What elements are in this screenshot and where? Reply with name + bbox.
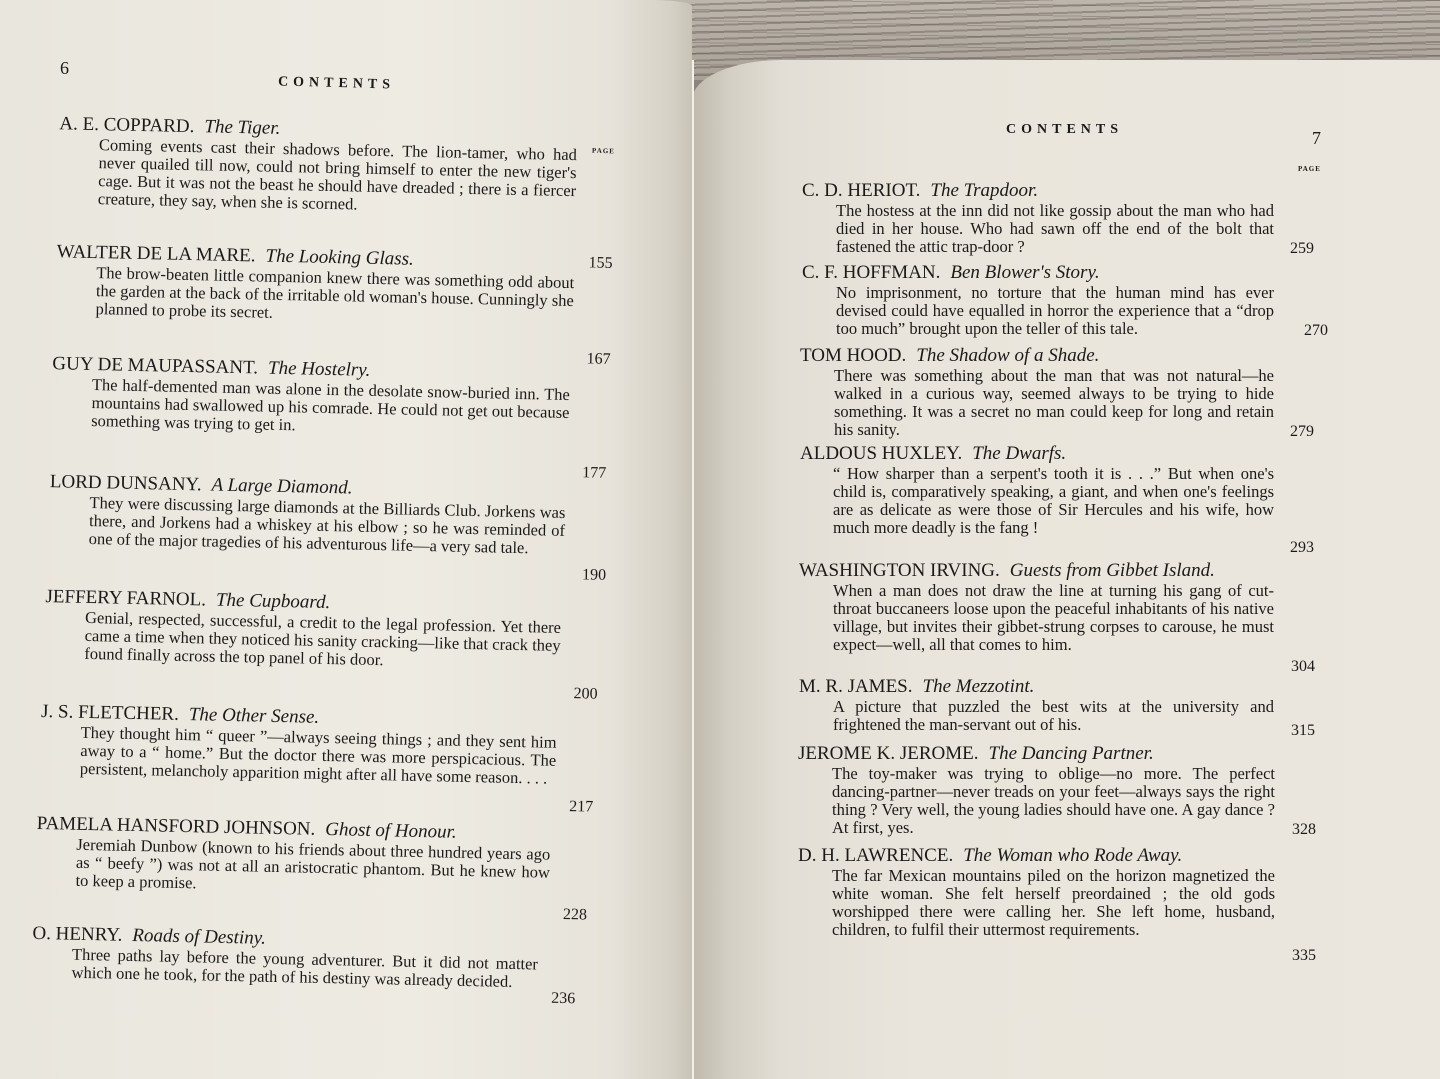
author: WALTER DE LA MARE.	[57, 241, 256, 266]
story-title: Ben Blower's Story.	[950, 262, 1099, 283]
author: C. D. HERIOT.	[802, 180, 920, 201]
page-number: 6	[60, 58, 69, 79]
synopsis: There was something about the man that w…	[834, 367, 1274, 439]
page-ref: 335	[1292, 947, 1316, 965]
synopsis: The far Mexican mountains piled on the h…	[832, 867, 1275, 939]
page-ref: 200	[573, 685, 597, 703]
story-title: The Shadow of a Shade.	[916, 345, 1099, 366]
running-head: CONTENTS	[278, 74, 395, 93]
contents-entry[interactable]: O. HENRY.Roads of Destiny. Three paths l…	[31, 923, 538, 992]
contents-entry[interactable]: JEFFERY FARNOL.The Cupboard. Genial, res…	[44, 586, 561, 673]
page-ref: 155	[588, 254, 612, 272]
synopsis: The hostess at the inn did not like goss…	[836, 202, 1274, 256]
contents-entry[interactable]: WALTER DE LA MARE.The Looking Glass. The…	[55, 241, 574, 328]
story-title: The Dancing Partner.	[989, 743, 1154, 764]
contents-entry[interactable]: GUY DE MAUPASSANT.The Hostelry. The half…	[51, 353, 570, 440]
author: GUY DE MAUPASSANT.	[52, 353, 258, 378]
contents-entry[interactable]: JEROME K. JEROME.The Dancing Partner. Th…	[798, 743, 1275, 837]
page-ref: 190	[582, 566, 606, 584]
author: LORD DUNSANY.	[50, 471, 202, 495]
synopsis: The toy-maker was trying to oblige—no mo…	[832, 765, 1275, 837]
page-ref: 315	[1291, 722, 1315, 740]
contents-entry[interactable]: ALDOUS HUXLEY.The Dwarfs. “ How sharper …	[800, 443, 1274, 537]
story-title: The Cupboard.	[216, 590, 331, 613]
story-title: A Large Diamond.	[211, 475, 352, 499]
author: A. E. COPPARD.	[59, 113, 194, 137]
page-ref: 328	[1292, 821, 1316, 839]
synopsis: “ How sharper than a serpent's tooth it …	[833, 465, 1274, 537]
page-ref: 217	[569, 798, 593, 816]
contents-entry[interactable]: PAMELA HANSFORD JOHNSON.Ghost of Honour.…	[35, 813, 550, 900]
page-ref: 236	[551, 990, 575, 1008]
page-ref: 304	[1291, 658, 1315, 676]
contents-entry[interactable]: C. F. HOFFMAN.Ben Blower's Story. No imp…	[802, 262, 1274, 338]
contents-entry[interactable]: A. E. COPPARD.The Tiger. Coming events c…	[58, 113, 578, 218]
contents-entry[interactable]: TOM HOOD.The Shadow of a Shade. There wa…	[800, 345, 1274, 439]
synopsis: The half-demented man was alone in the d…	[91, 376, 570, 440]
page-ref: 167	[586, 350, 610, 368]
page-column-label: PAGE	[1298, 165, 1321, 173]
author: JEFFERY FARNOL.	[45, 586, 206, 610]
author: C. F. HOFFMAN.	[802, 262, 940, 283]
author: J. S. FLETCHER.	[41, 701, 179, 725]
author: TOM HOOD.	[800, 345, 906, 366]
synopsis: Three paths lay before the young adventu…	[71, 946, 538, 992]
synopsis: When a man does not draw the line at tur…	[833, 582, 1274, 654]
story-title: The Mezzotint.	[923, 676, 1035, 697]
story-title: The Dwarfs.	[972, 443, 1066, 464]
author: O. HENRY.	[32, 923, 122, 946]
synopsis: No imprisonment, no torture that the hum…	[836, 284, 1274, 338]
contents-entry[interactable]: WASHINGTON IRVING.Guests from Gibbet Isl…	[799, 560, 1274, 654]
page-ref: 293	[1290, 539, 1314, 557]
story-title: Ghost of Honour.	[325, 819, 457, 843]
page-number: 7	[1312, 128, 1321, 149]
story-title: The Woman who Rode Away.	[963, 845, 1182, 866]
story-title: Guests from Gibbet Island.	[1010, 560, 1215, 581]
contents-entry[interactable]: M. R. JAMES.The Mezzotint. A picture tha…	[799, 676, 1274, 734]
synopsis: Coming events cast their shadows before.…	[98, 136, 577, 218]
synopsis: Genial, respected, successful, a credit …	[84, 609, 561, 673]
left-page: 6 CONTENTS PAGE A. E. COPPARD.The Tiger.…	[0, 0, 692, 1079]
page-edge	[692, 60, 694, 1079]
page-ref: 270	[1304, 322, 1328, 340]
synopsis: The brow-beaten little companion knew th…	[95, 264, 574, 328]
contents-list: A. E. COPPARD.The Tiger. Coming events c…	[0, 0, 692, 14]
author: JEROME K. JEROME.	[798, 743, 979, 764]
story-title: Roads of Destiny.	[132, 925, 266, 949]
page-ref: 259	[1290, 240, 1314, 258]
author: M. R. JAMES.	[799, 676, 913, 697]
running-head: CONTENTS	[1006, 122, 1123, 138]
synopsis: They were discussing large diamonds at t…	[89, 494, 566, 558]
contents-entry[interactable]: C. D. HERIOT.The Trapdoor. The hostess a…	[802, 180, 1274, 256]
page-ref: 228	[563, 906, 587, 924]
story-title: The Tiger.	[204, 116, 280, 139]
synopsis: Jeremiah Dunbow (known to his friends ab…	[75, 836, 550, 900]
synopsis: They thought him “ queer ”—always seeing…	[80, 724, 557, 788]
story-title: The Trapdoor.	[930, 180, 1038, 201]
author: WASHINGTON IRVING.	[799, 560, 1000, 581]
page-column-label: PAGE	[592, 147, 615, 156]
page-ref: 177	[582, 464, 606, 482]
author: D. H. LAWRENCE.	[798, 845, 953, 866]
page-ref: 279	[1290, 423, 1314, 441]
contents-entry[interactable]: D. H. LAWRENCE.The Woman who Rode Away. …	[798, 845, 1275, 939]
synopsis: A picture that puzzled the best wits at …	[833, 698, 1274, 734]
story-title: The Other Sense.	[189, 704, 320, 728]
contents-entry[interactable]: J. S. FLETCHER.The Other Sense. They tho…	[40, 701, 557, 788]
story-title: The Hostelry.	[268, 358, 371, 381]
author: ALDOUS HUXLEY.	[800, 443, 962, 464]
contents-entry[interactable]: LORD DUNSANY.A Large Diamond. They were …	[49, 471, 566, 558]
